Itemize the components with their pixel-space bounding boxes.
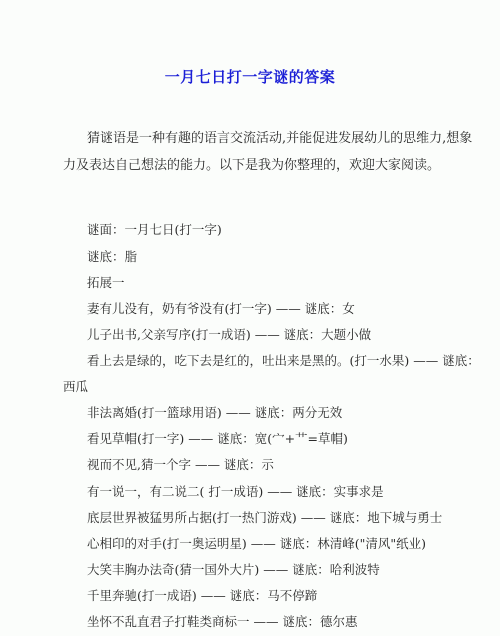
list-item: 看见草帽(打一字) —— 谜底：宽(宀+艹=草帽) [87,431,348,447]
list-item-continuation: 西瓜 [63,379,88,395]
list-item: 有一说一，有二说二( 打一成语) —— 谜底：实事求是 [87,484,384,500]
list-item: 底层世界被猛男所占据(打一热门游戏) —— 谜底：地下城与勇士 [87,510,442,526]
list-item: 妻有儿没有，奶有爷没有(打一字) —— 谜底：女 [87,301,355,317]
document-title: 一月七日打一字谜的答案 [0,66,500,87]
section-heading: 拓展一 [87,275,125,291]
list-item: 视而不见,猜一个字 —— 谜底：示 [87,457,274,473]
riddle-answer: 谜底：脂 [87,249,137,265]
list-item: 儿子出书,父亲写序(打一成语) —— 谜底：大题小做 [87,327,371,343]
intro-paragraph-line-1: 猜谜语是一种有趣的语言交流活动,并能促进发展幼儿的思维力,想象 [87,131,472,147]
list-item: 坐怀不乱直君子打鞋类商标一 —— 谜底：德尔惠 [87,614,357,630]
intro-paragraph-line-2: 力及表达自己想法的能力。以下是我为你整理的，欢迎大家阅读。 [63,158,440,174]
riddle-question: 谜面：一月七日(打一字) [87,222,222,238]
list-item: 千里奔驰(打一成语) —— 谜底：马不停蹄 [87,588,317,604]
list-item: 看上去是绿的，吃下去是红的，吐出来是黑的。(打一水果) —— 谜底： [87,353,480,369]
list-item: 心相印的对手(打一奥运明星) —— 谜底：林清峰("清风"纸业) [87,536,426,552]
list-item: 大笑丰胸办法奇(猜一国外大片) —— 谜底：哈利波特 [87,562,380,578]
list-item: 非法离婚(打一篮球用语) —— 谜底：两分无效 [87,405,342,421]
document-page: 一月七日打一字谜的答案 猜谜语是一种有趣的语言交流活动,并能促进发展幼儿的思维力… [0,0,500,636]
